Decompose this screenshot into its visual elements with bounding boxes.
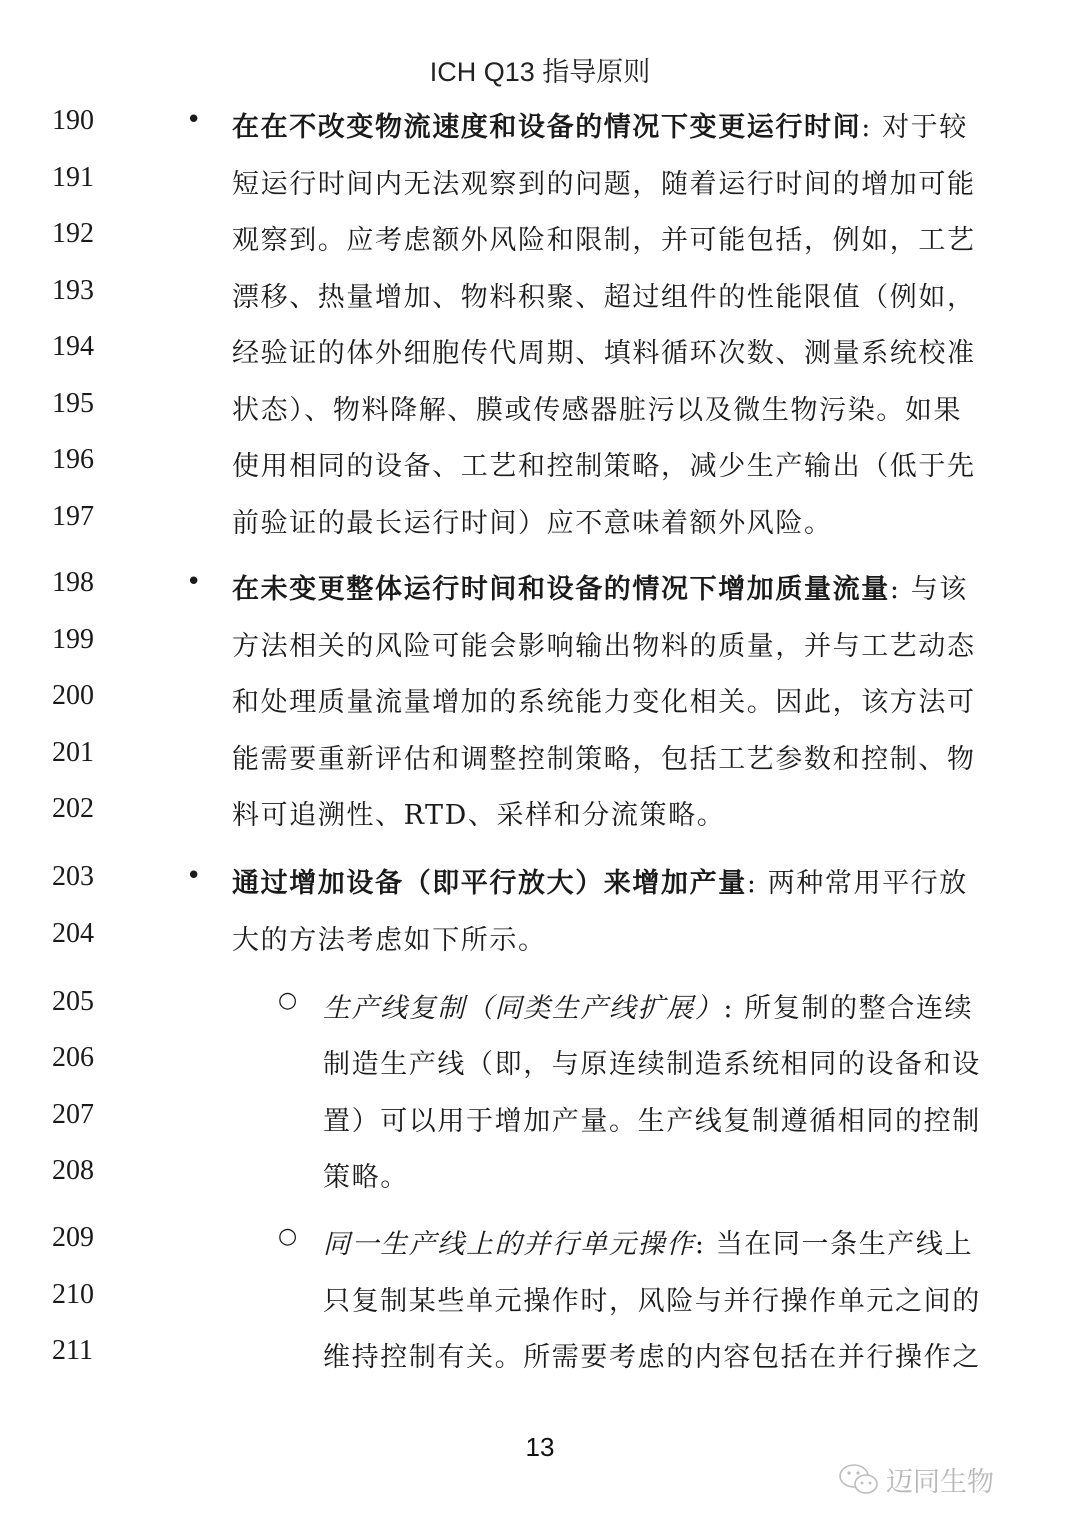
- bullet-icon: •: [186, 567, 201, 597]
- line-text: 通过增加设备（即平行放大）来增加产量: 两种常用平行放: [232, 861, 968, 900]
- document-line: 196 使用相同的设备、工艺和控制策略，减少生产输出（低于先: [0, 444, 1080, 484]
- line-text: 方法相关的风险可能会影响输出物料的质量，并与工艺动态: [232, 624, 976, 663]
- document-line: 199 方法相关的风险可能会影响输出物料的质量，并与工艺动态: [0, 624, 1080, 664]
- bullet-heading: 在未变更整体运行时间和设备的情况下增加质量流量: [232, 574, 890, 605]
- line-text: 能需要重新评估和调整控制策略，包括工艺参数和控制、物: [232, 737, 976, 776]
- line-number: 210: [52, 1279, 94, 1311]
- line-text: 在未变更整体运行时间和设备的情况下增加质量流量: 与该: [232, 567, 968, 606]
- line-text: 同一生产线上的并行单元操作: 当在同一条生产线上: [323, 1222, 973, 1261]
- watermark: 迈同生物: [838, 1460, 994, 1499]
- line-number: 203: [52, 861, 94, 893]
- document-line: 203 • 通过增加设备（即平行放大）来增加产量: 两种常用平行放: [0, 861, 1080, 901]
- page-header: ICH Q13 指导原则: [0, 50, 1080, 89]
- document-line: 205 ○ 生产线复制（同类生产线扩展）: 所复制的整合连续: [0, 986, 1080, 1026]
- line-text: 漂移、热量增加、物料积聚、超过组件的性能限值（例如，: [232, 275, 976, 314]
- document-line: 190 • 在在不改变物流速度和设备的情况下变更运行时间: 对于较: [0, 105, 1080, 145]
- sub-bullet-heading: 同一生产线上的并行单元操作: [323, 1229, 695, 1260]
- wechat-icon: [838, 1462, 880, 1498]
- bullet-heading: 在在不改变物流速度和设备的情况下变更运行时间: [232, 112, 861, 143]
- line-text: 置）可以用于增加产量。生产线复制遵循相同的控制: [323, 1099, 981, 1138]
- bullet-body: : 两种常用平行放: [747, 868, 968, 899]
- line-number: 195: [52, 388, 94, 420]
- sub-bullet-heading: 生产线复制（同类生产线扩展）: [323, 993, 723, 1024]
- document-line: 209 ○ 同一生产线上的并行单元操作: 当在同一条生产线上: [0, 1222, 1080, 1262]
- document-line: 210 只复制某些单元操作时，风险与并行操作单元之间的: [0, 1279, 1080, 1319]
- line-text: 制造生产线（即，与原连续制造系统相同的设备和设: [323, 1042, 981, 1081]
- document-line: 197 前验证的最长运行时间）应不意味着额外风险。: [0, 501, 1080, 541]
- bullet-heading: 通过增加设备（即平行放大）来增加产量: [232, 868, 747, 899]
- watermark-label: 迈同生物: [886, 1460, 994, 1499]
- line-number: 197: [52, 501, 94, 533]
- document-line: 202 料可追溯性、RTD、采样和分流策略。: [0, 793, 1080, 833]
- document-line: 204 大的方法考虑如下所示。: [0, 918, 1080, 958]
- line-number: 192: [52, 218, 94, 250]
- line-text: 经验证的体外细胞传代周期、填料循环次数、测量系统校准: [232, 331, 976, 370]
- line-number: 202: [52, 793, 94, 825]
- line-number: 196: [52, 444, 94, 476]
- line-number: 190: [52, 105, 94, 137]
- line-number: 201: [52, 737, 94, 769]
- line-text: 状态）、物料降解、膜或传感器脏污以及微生物污染。如果: [232, 388, 962, 427]
- line-text: 料可追溯性、RTD、采样和分流策略。: [232, 793, 725, 832]
- document-line: 192 观察到。应考虑额外风险和限制，并可能包括，例如，工艺: [0, 218, 1080, 258]
- document-line: 193 漂移、热量增加、物料积聚、超过组件的性能限值（例如，: [0, 275, 1080, 315]
- sub-bullet-body: : 所复制的整合连续: [723, 993, 973, 1024]
- line-text: 大的方法考虑如下所示。: [232, 918, 547, 957]
- line-number: 211: [52, 1335, 93, 1367]
- line-text: 短运行时间内无法观察到的问题，随着运行时间的增加可能: [232, 162, 976, 201]
- line-text: 生产线复制（同类生产线扩展）: 所复制的整合连续: [323, 986, 973, 1025]
- line-number: 193: [52, 275, 94, 307]
- document-line: 191 短运行时间内无法观察到的问题，随着运行时间的增加可能: [0, 162, 1080, 202]
- line-text: 在在不改变物流速度和设备的情况下变更运行时间: 对于较: [232, 105, 968, 144]
- line-text: 维持控制有关。所需要考虑的内容包括在并行操作之: [323, 1335, 981, 1374]
- line-text: 策略。: [323, 1155, 409, 1194]
- line-number: 204: [52, 918, 94, 950]
- document-line: 206 制造生产线（即，与原连续制造系统相同的设备和设: [0, 1042, 1080, 1082]
- line-text: 观察到。应考虑额外风险和限制，并可能包括，例如，工艺: [232, 218, 976, 257]
- document-line: 200 和处理质量流量增加的系统能力变化相关。因此，该方法可: [0, 680, 1080, 720]
- bullet-body: : 与该: [890, 574, 968, 605]
- sub-bullet-body: : 当在同一条生产线上: [695, 1229, 973, 1260]
- sub-bullet-circle-icon: ○: [278, 988, 297, 1013]
- bullet-icon: •: [186, 105, 201, 135]
- sub-bullet-circle-icon: ○: [278, 1224, 297, 1249]
- line-number: 209: [52, 1222, 94, 1254]
- line-number: 198: [52, 567, 94, 599]
- line-text: 和处理质量流量增加的系统能力变化相关。因此，该方法可: [232, 680, 976, 719]
- page-number: 13: [0, 1432, 1080, 1463]
- document-line: 211 维持控制有关。所需要考虑的内容包括在并行操作之: [0, 1335, 1080, 1375]
- bullet-icon: •: [186, 861, 201, 891]
- line-text: 只复制某些单元操作时，风险与并行操作单元之间的: [323, 1279, 981, 1318]
- line-number: 191: [52, 162, 94, 194]
- line-number: 199: [52, 624, 94, 656]
- document-line: 198 • 在未变更整体运行时间和设备的情况下增加质量流量: 与该: [0, 567, 1080, 607]
- line-number: 205: [52, 986, 94, 1018]
- line-number: 194: [52, 331, 94, 363]
- document-line: 208 策略。: [0, 1155, 1080, 1195]
- line-number: 200: [52, 680, 94, 712]
- document-line: 201 能需要重新评估和调整控制策略，包括工艺参数和控制、物: [0, 737, 1080, 777]
- line-text: 使用相同的设备、工艺和控制策略，减少生产输出（低于先: [232, 444, 976, 483]
- document-line: 207 置）可以用于增加产量。生产线复制遵循相同的控制: [0, 1099, 1080, 1139]
- bullet-body: : 对于较: [861, 112, 968, 143]
- document-line: 195 状态）、物料降解、膜或传感器脏污以及微生物污染。如果: [0, 388, 1080, 428]
- line-text: 前验证的最长运行时间）应不意味着额外风险。: [232, 501, 833, 540]
- line-number: 208: [52, 1155, 94, 1187]
- line-number: 207: [52, 1099, 94, 1131]
- document-line: 194 经验证的体外细胞传代周期、填料循环次数、测量系统校准: [0, 331, 1080, 371]
- line-number: 206: [52, 1042, 94, 1074]
